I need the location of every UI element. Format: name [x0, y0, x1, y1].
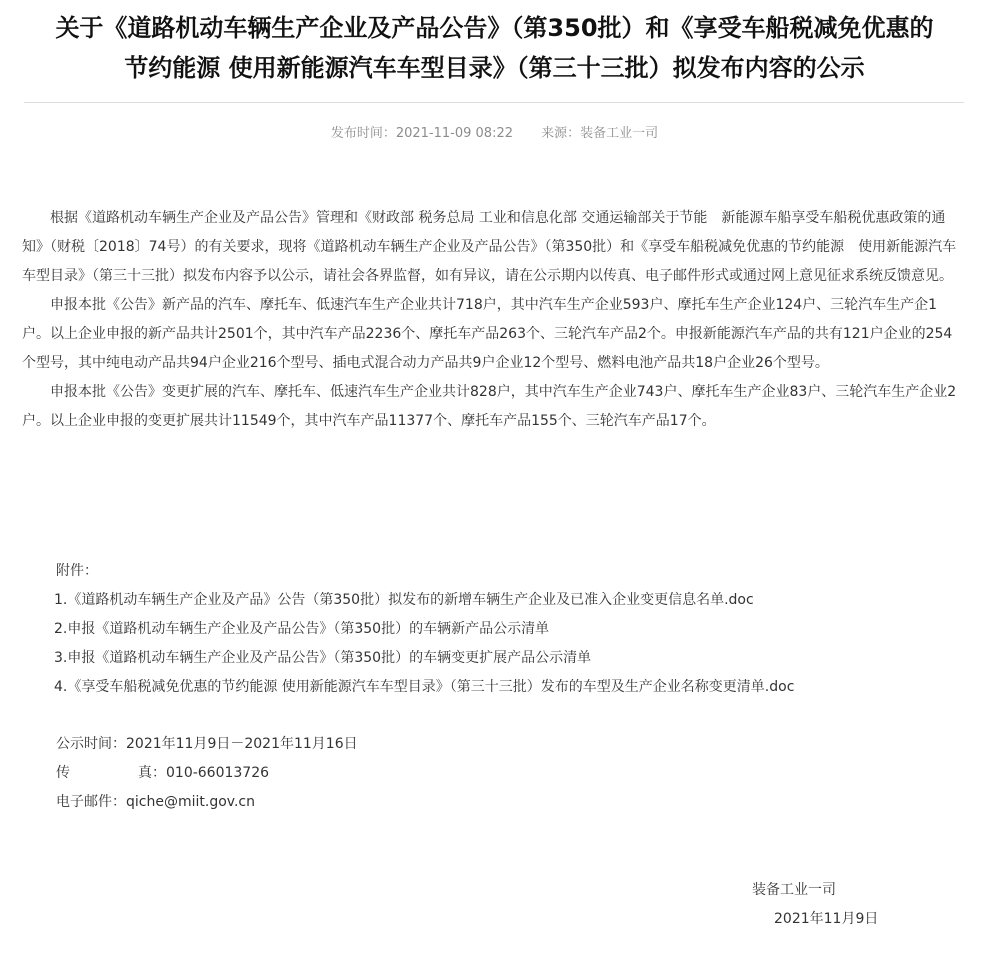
- email-value[interactable]: qiche@miit.gov.cn: [126, 794, 255, 810]
- period-label: 公示时间：: [56, 736, 126, 752]
- source-value: 装备工业一司: [580, 126, 658, 141]
- signature: 装备工业一司 2021年11月9日: [752, 876, 878, 934]
- period-row: 公示时间：2021年11月9日－2021年11月16日: [56, 730, 358, 759]
- period-value: 2021年11月9日－2021年11月16日: [126, 736, 358, 752]
- article-meta: 发布时间：2021-11-09 08:22 来源：装备工业一司: [0, 122, 989, 141]
- paragraph: 申报本批《公告》变更扩展的汽车、摩托车、低速汽车生产企业共计828户，其中汽车生…: [22, 378, 962, 436]
- publish-time: 发布时间：2021-11-09 08:22: [331, 126, 513, 141]
- email-label: 电子邮件：: [56, 794, 126, 810]
- attachment-link-3[interactable]: 3.申报《道路机动车辆生产企业及产品公告》（第350批）的车辆变更扩展产品公示清…: [54, 644, 976, 673]
- contact-info: 公示时间：2021年11月9日－2021年11月16日 传真：010-66013…: [56, 730, 358, 817]
- title-line-1: 关于《道路机动车辆生产企业及产品公告》（第350批）和《享受车船税减免优惠的: [0, 8, 989, 48]
- paragraph: 根据《道路机动车辆生产企业及产品公告》管理和《财政部 税务总局 工业和信息化部 …: [22, 204, 962, 291]
- publish-time-label: 发布时间：: [331, 126, 396, 141]
- article-body: 根据《道路机动车辆生产企业及产品公告》管理和《财政部 税务总局 工业和信息化部 …: [22, 204, 962, 436]
- attachments-section: 附件： 1.《道路机动车辆生产企业及产品》公告（第350批）拟发布的新增车辆生产…: [56, 557, 976, 702]
- signature-date: 2021年11月9日: [752, 905, 878, 934]
- attachment-link-1[interactable]: 1.《道路机动车辆生产企业及产品》公告（第350批）拟发布的新增车辆生产企业及已…: [54, 586, 976, 615]
- fax-row: 传真：010-66013726: [56, 759, 358, 788]
- attachments-label: 附件：: [56, 557, 976, 586]
- fax-label-a: 传: [56, 759, 138, 788]
- fax-label-b: 真：: [138, 765, 166, 781]
- page-title: 关于《道路机动车辆生产企业及产品公告》（第350批）和《享受车船税减免优惠的 节…: [0, 8, 989, 88]
- attachment-link-2[interactable]: 2.申报《道路机动车辆生产企业及产品公告》（第350批）的车辆新产品公示清单: [54, 615, 976, 644]
- title-line-2: 节约能源 使用新能源汽车车型目录》（第三十三批）拟发布内容的公示: [0, 48, 989, 88]
- title-divider: [24, 102, 964, 103]
- attachment-link-4[interactable]: 4.《享受车船税减免优惠的节约能源 使用新能源汽车车型目录》（第三十三批）发布的…: [54, 673, 976, 702]
- signature-org: 装备工业一司: [752, 876, 878, 905]
- publish-time-value: 2021-11-09 08:22: [396, 126, 513, 141]
- email-row: 电子邮件：qiche@miit.gov.cn: [56, 788, 358, 817]
- source: 来源：装备工业一司: [541, 126, 658, 141]
- fax-value: 010-66013726: [166, 765, 269, 781]
- source-label: 来源：: [541, 126, 580, 141]
- paragraph: 申报本批《公告》新产品的汽车、摩托车、低速汽车生产企业共计718户，其中汽车生产…: [22, 291, 962, 378]
